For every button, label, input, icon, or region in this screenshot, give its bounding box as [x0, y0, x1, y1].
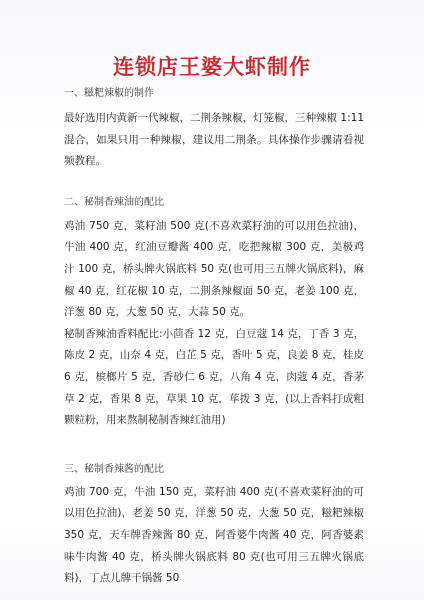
section-paragraph: 鸡油 700 克，牛油 150 克，菜籽油 400 克(不喜欢菜籽油的可以用色拉…	[64, 482, 364, 590]
section-paragraph: 秘制香辣油香料配比:小茴香 12 克，白豆蔻 14 克，丁香 3 克，陈皮 2 …	[64, 324, 364, 432]
section-chili-paste: 一、糍粑辣椒的制作 最好选用内黄新一代辣椒，二荆条辣椒，灯笼椒，三种辣椒 1:1…	[64, 84, 364, 173]
document-page: 连锁店王婆大虾制作 一、糍粑辣椒的制作 最好选用内黄新一代辣椒，二荆条辣椒，灯笼…	[0, 0, 424, 600]
section-heading: 三、秘制香辣酱的配比	[64, 460, 364, 480]
section-spicy-sauce: 三、秘制香辣酱的配比 鸡油 700 克，牛油 150 克，菜籽油 400 克(不…	[64, 460, 364, 590]
section-paragraph: 鸡油 750 克，菜籽油 500 克(不喜欢菜籽油的可以用色拉油)，牛油 400…	[64, 216, 364, 324]
section-paragraph: 最好选用内黄新一代辣椒，二荆条辣椒，灯笼椒，三种辣椒 1:11 混合，如果只用一…	[64, 108, 364, 173]
section-heading: 一、糍粑辣椒的制作	[64, 84, 364, 104]
document-content: 一、糍粑辣椒的制作 最好选用内黄新一代辣椒，二荆条辣椒，灯笼椒，三种辣椒 1:1…	[64, 84, 364, 590]
section-heading: 二、秘制香辣油的配比	[64, 193, 364, 213]
document-title: 连锁店王婆大虾制作	[0, 52, 424, 82]
section-spicy-oil: 二、秘制香辣油的配比 鸡油 750 克，菜籽油 500 克(不喜欢菜籽油的可以用…	[64, 193, 364, 432]
